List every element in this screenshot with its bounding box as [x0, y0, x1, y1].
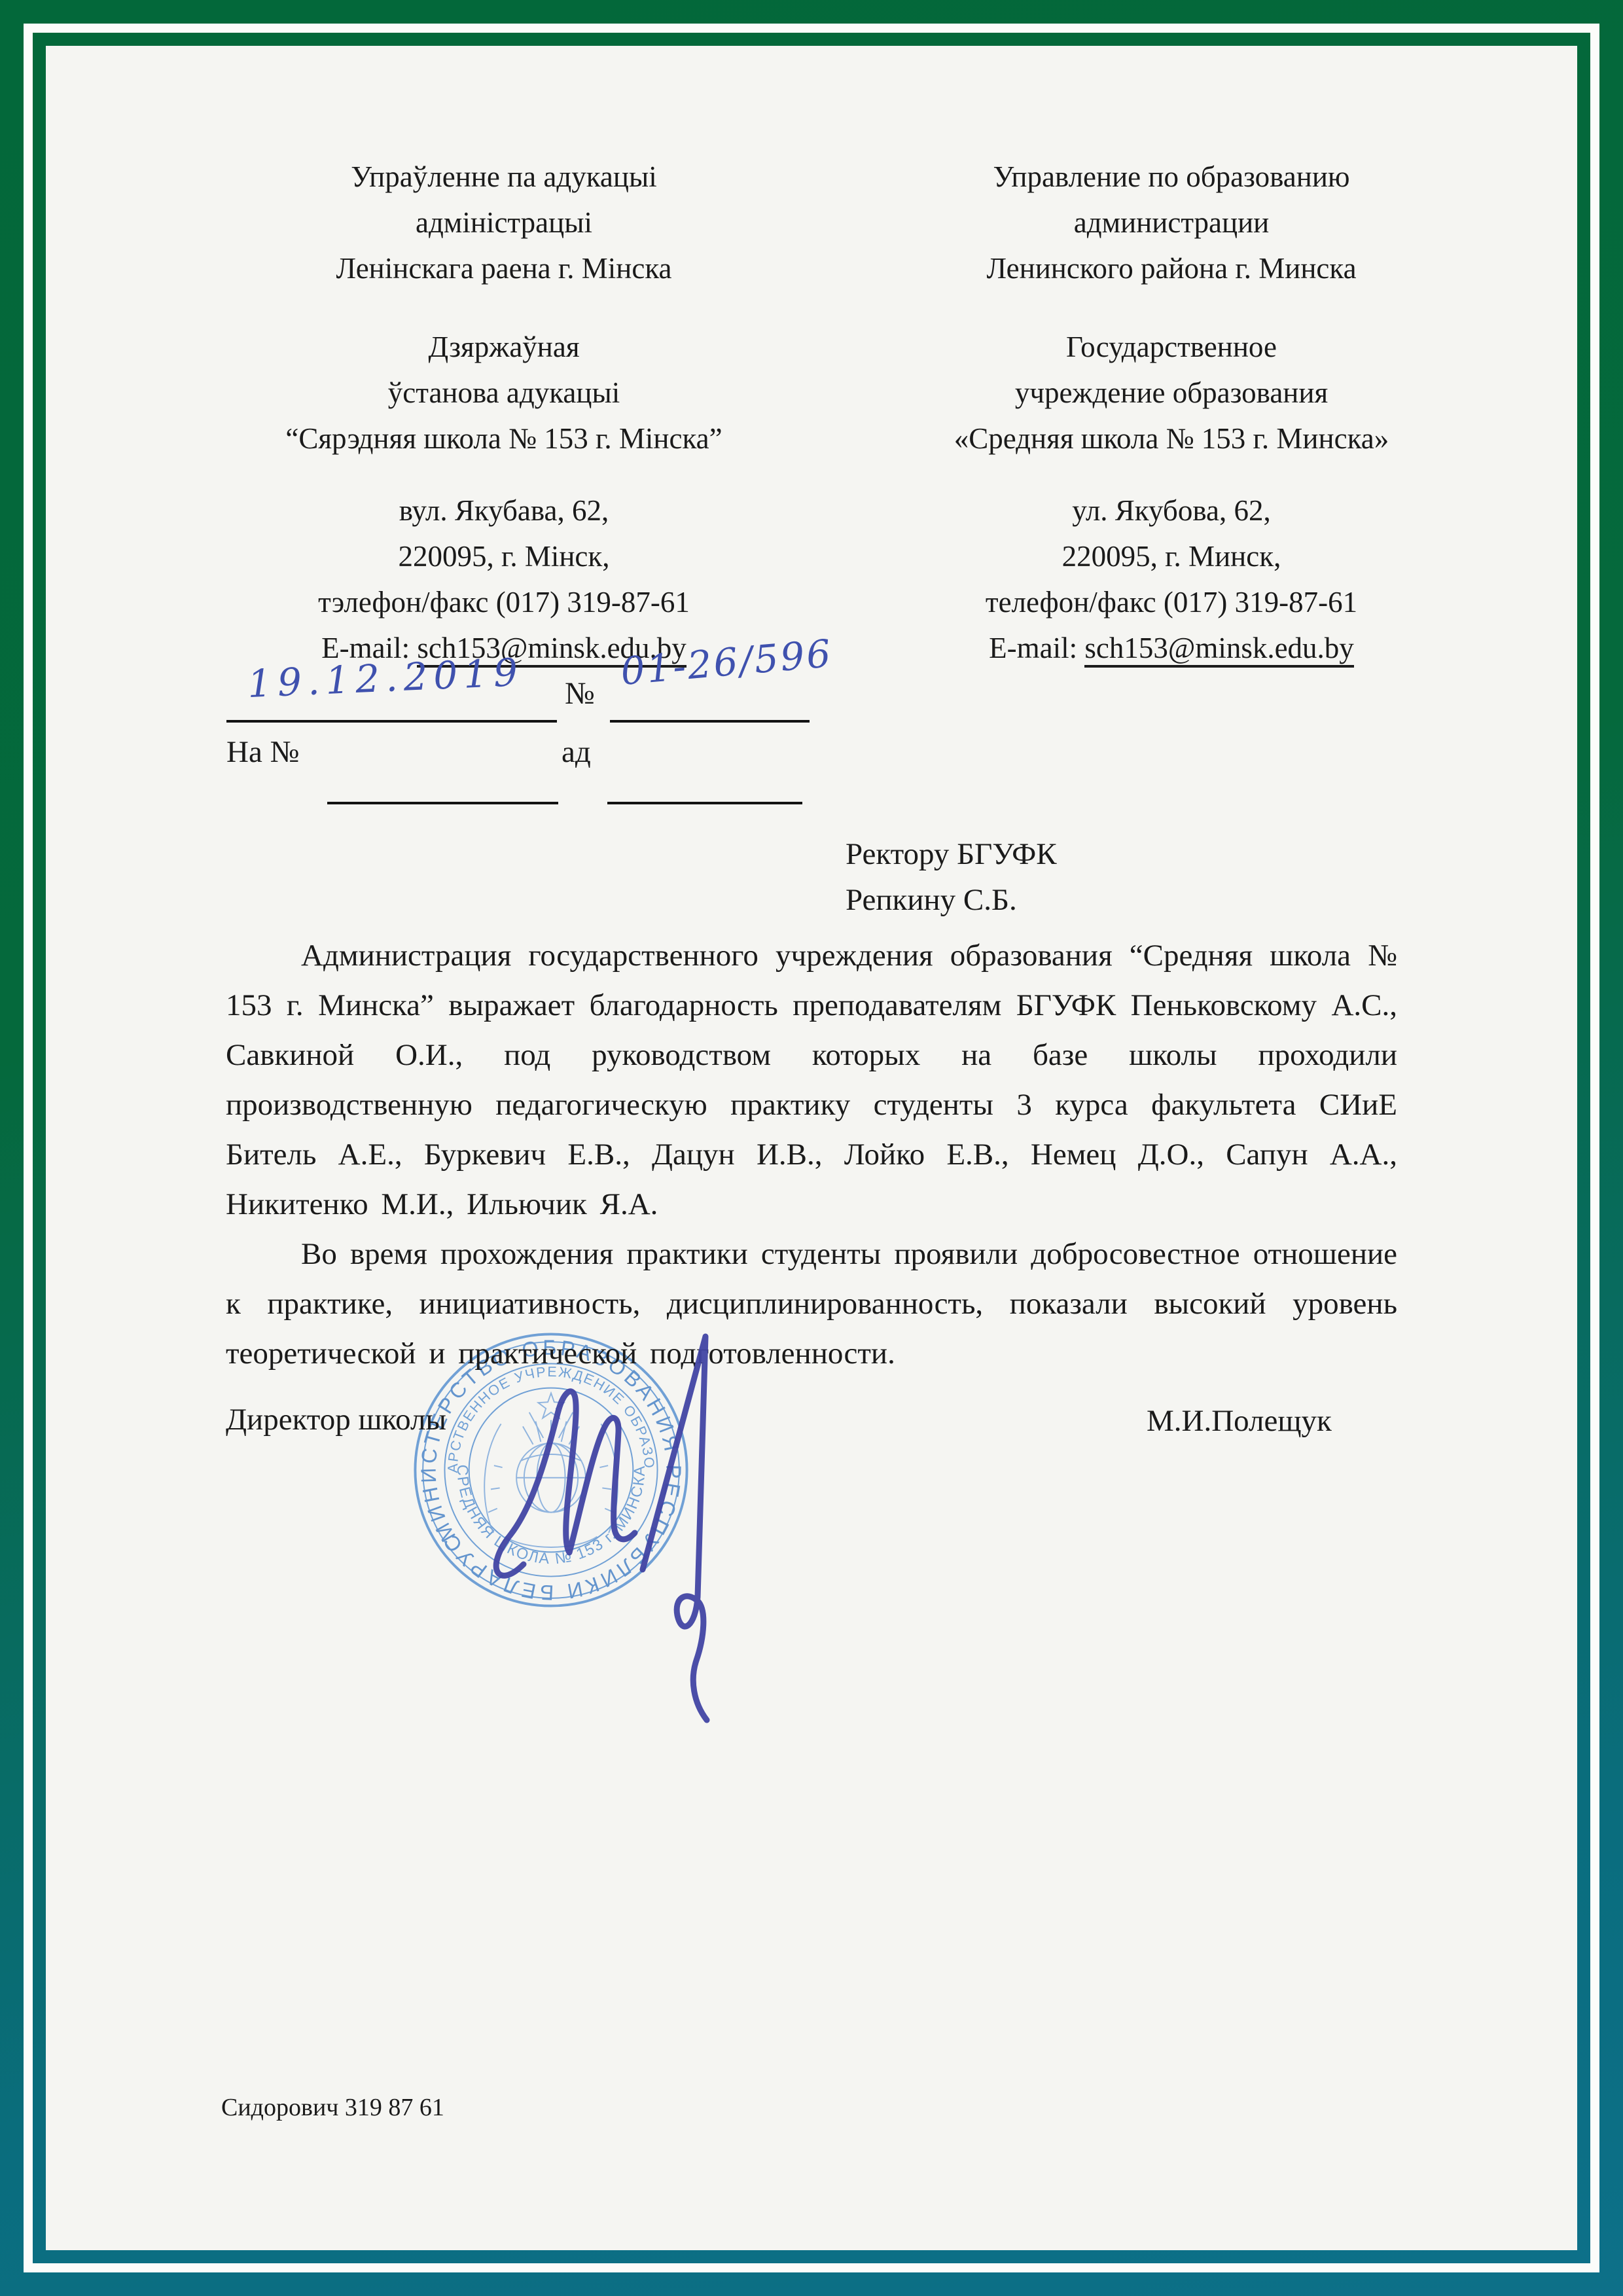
- signature-stroke-m: [496, 1391, 635, 1576]
- org-line: адміністрацыі: [229, 200, 779, 245]
- letterhead-russian: Управление по образованию администрации …: [897, 154, 1446, 671]
- scanned-letter: Упраўленне па адукацыі адміністрацыі Лен…: [0, 0, 1623, 2296]
- recipient-line: Ректору БГУФК: [846, 831, 1057, 877]
- reply-to-label: На №: [226, 734, 299, 770]
- address-line: телефон/факс (017) 319-87-61: [897, 579, 1446, 625]
- recipient-line: Репкину С.Б.: [846, 877, 1057, 923]
- signoff-name: М.И.Полещук: [1147, 1403, 1332, 1439]
- address-line: 220095, г. Минск,: [897, 533, 1446, 579]
- address-line: 220095, г. Мінск,: [229, 533, 779, 579]
- reply-number-blank-line: [327, 802, 558, 804]
- school-block-by: Дзяржаўная ўстанова адукацыі “Сярэдняя ш…: [229, 324, 779, 461]
- email-label: E-mail:: [989, 632, 1077, 664]
- number-blank-line: [610, 720, 810, 723]
- org-block-by: Упраўленне па адукацыі адміністрацыі Лен…: [229, 154, 779, 291]
- number-sign-label: №: [565, 675, 595, 711]
- org-line: Упраўленне па адукацыі: [229, 154, 779, 200]
- reply-date-blank-line: [607, 802, 802, 804]
- school-line: ўстанова адукацыі: [229, 370, 779, 416]
- director-signature: [412, 1309, 818, 1833]
- school-line: Государственное: [897, 324, 1446, 370]
- org-line: Управление по образованию: [897, 154, 1446, 200]
- address-block-ru: ул. Якубова, 62, 220095, г. Минск, телеф…: [897, 488, 1446, 671]
- email-address: sch153@minsk.edu.by: [1084, 632, 1353, 668]
- school-line: “Сярэдняя школа № 153 г. Мінска”: [229, 416, 779, 461]
- address-line: ул. Якубова, 62,: [897, 488, 1446, 533]
- school-line: Дзяржаўная: [229, 324, 779, 370]
- school-block-ru: Государственное учреждение образования «…: [897, 324, 1446, 461]
- org-line: администрации: [897, 200, 1446, 245]
- recipient-block: Ректору БГУФК Репкину С.Б.: [846, 831, 1057, 923]
- letter-paper: Упраўленне па адукацыі адміністрацыі Лен…: [46, 46, 1577, 2250]
- executor-contact: Сидорович 319 87 61: [221, 2093, 444, 2122]
- reply-from-label: ад: [562, 734, 591, 770]
- email-line: E-mail: sch153@minsk.edu.by: [897, 625, 1446, 671]
- org-line: Ленинского района г. Минска: [897, 245, 1446, 291]
- letterhead-belarusian: Упраўленне па адукацыі адміністрацыі Лен…: [229, 154, 779, 671]
- org-block-ru: Управление по образованию администрации …: [897, 154, 1446, 291]
- date-blank-line: [226, 720, 557, 723]
- school-line: «Средняя школа № 153 г. Минска»: [897, 416, 1446, 461]
- address-line: тэлефон/факс (017) 319-87-61: [229, 579, 779, 625]
- signature-stroke-flourish: [643, 1336, 707, 1720]
- body-paragraph-1: Администрация государственного учреждени…: [226, 931, 1397, 1229]
- address-line: вул. Якубава, 62,: [229, 488, 779, 533]
- org-line: Ленінскага раена г. Мінска: [229, 245, 779, 291]
- school-line: учреждение образования: [897, 370, 1446, 416]
